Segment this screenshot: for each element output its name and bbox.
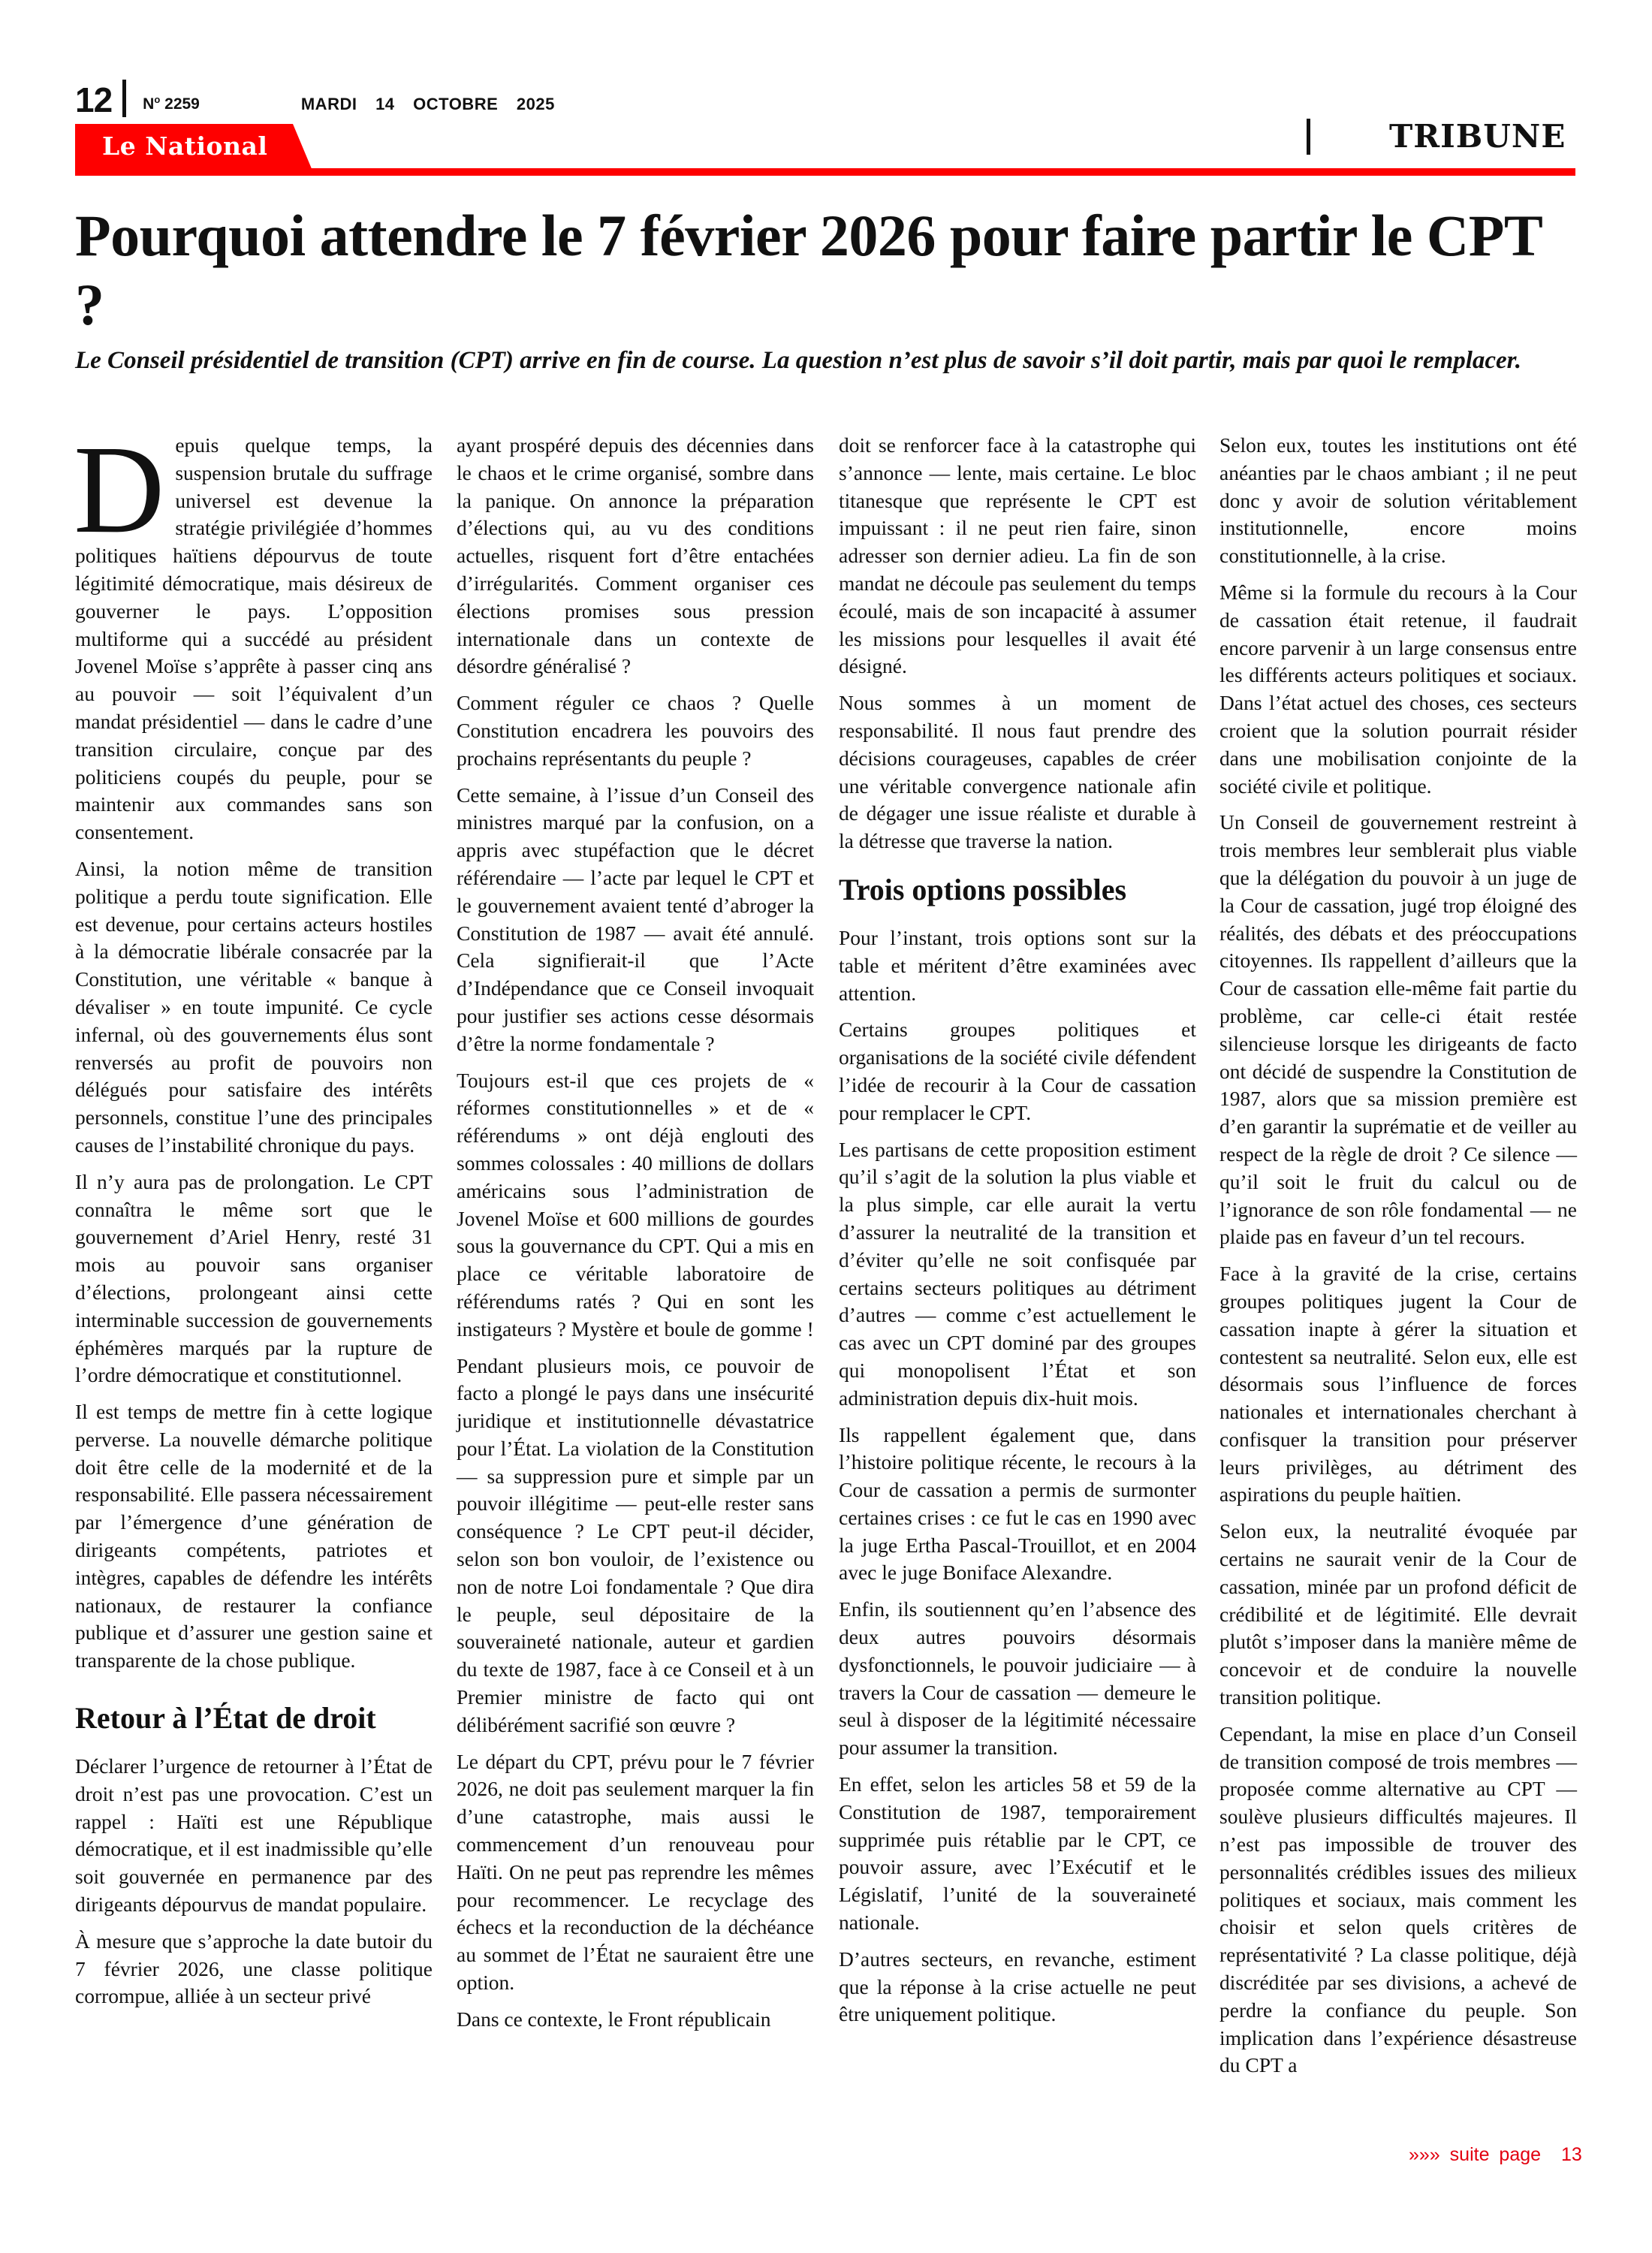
continued-on-page-link[interactable]: »»» suite page 13 (1409, 2144, 1582, 2166)
paragraph: Ainsi, la notion même de transition poli… (75, 855, 433, 1160)
paragraph: Dans ce contexte, le Front républicain (457, 2006, 814, 2034)
column-2: ayant prospéré depuis des décennies dans… (457, 432, 814, 2043)
headline: Pourquoi attendre le 7 février 2026 pour… (75, 201, 1584, 339)
paragraph: Cette semaine, à l’issue d’un Conseil de… (457, 782, 814, 1058)
drop-cap: D (74, 438, 164, 538)
issue-number: No 2259 (143, 90, 200, 114)
paragraph: D’autres secteurs, en revanche, estiment… (839, 1946, 1196, 2028)
page-number: 12 (75, 83, 112, 117)
paragraph: Pour l’instant, trois options sont sur l… (839, 924, 1196, 1007)
paragraph: Il n’y aura pas de prolongation. Le CPT … (75, 1169, 433, 1389)
brand-tab: Le National (75, 124, 323, 170)
section-label: TRIBUNE (1389, 114, 1566, 159)
continuation-page: 13 (1561, 2144, 1582, 2165)
newspaper-page: 12 No 2259 MARDI 14 OCTOBRE 2025 Le Nati… (0, 0, 1652, 2253)
publication-date: MARDI 14 OCTOBRE 2025 (301, 95, 555, 114)
column-4: Selon eux, toutes les institutions ont é… (1219, 432, 1577, 2089)
continuation-label: suite page (1450, 2144, 1541, 2165)
paragraph: Nous sommes à un moment de responsabilit… (839, 689, 1196, 855)
section-divider (1307, 119, 1310, 155)
paragraph: ayant prospéré depuis des décennies dans… (457, 432, 814, 680)
folio-divider (122, 80, 126, 117)
paragraph: Ils rappellent également que, dans l’his… (839, 1422, 1196, 1588)
paragraph: Selon eux, toutes les institutions ont é… (1219, 432, 1577, 570)
paragraph: Déclarer l’urgence de retourner à l’État… (75, 1753, 433, 1919)
subheading: Retour à l’État de droit (75, 1700, 433, 1736)
paragraph: Comment réguler ce chaos ? Quelle Consti… (457, 689, 814, 772)
paragraph: Pendant plusieurs mois, ce pouvoir de fa… (457, 1353, 814, 1739)
paragraph: Le départ du CPT, prévu pour le 7 févrie… (457, 1748, 814, 1997)
paragraph: Il est temps de mettre fin à cette logiq… (75, 1398, 433, 1675)
continuation-arrows-icon: »»» (1409, 2144, 1440, 2165)
paragraph: En effet, selon les articles 58 et 59 de… (839, 1771, 1196, 1937)
paragraph: doit se renforcer face à la catastrophe … (839, 432, 1196, 680)
folio-line: 12 No 2259 MARDI 14 OCTOBRE 2025 (75, 72, 555, 117)
paragraph: Face à la gravité de la crise, certains … (1219, 1260, 1577, 1509)
paragraph: À mesure que s’approche la date butoir d… (75, 1928, 433, 2010)
brand-logo: Le National (102, 131, 267, 161)
paragraph: Toujours est-il que ces projets de « réf… (457, 1067, 814, 1344)
paragraph: Même si la formule du recours à la Cour … (1219, 579, 1577, 800)
column-1: Depuis quelque temps, la suspension brut… (75, 432, 433, 2019)
column-3: doit se renforcer face à la catastrophe … (839, 432, 1196, 2037)
paragraph: Cependant, la mise en place d’un Conseil… (1219, 1721, 1577, 2080)
paragraph: Un Conseil de gouvernement restreint à t… (1219, 809, 1577, 1251)
header-rule (75, 168, 1575, 176)
paragraph: Enfin, ils soutiennent qu’en l’absence d… (839, 1596, 1196, 1762)
subheading: Trois options possibles (839, 872, 1196, 908)
paragraph: Selon eux, la neutralité évoquée par cer… (1219, 1518, 1577, 1712)
paragraph: Les partisans de cette proposition estim… (839, 1136, 1196, 1413)
paragraph: Depuis quelque temps, la suspension brut… (75, 432, 433, 846)
standfirst: Le Conseil présidentiel de transition (C… (75, 342, 1577, 379)
paragraph: Certains groupes politiques et organisat… (839, 1016, 1196, 1126)
